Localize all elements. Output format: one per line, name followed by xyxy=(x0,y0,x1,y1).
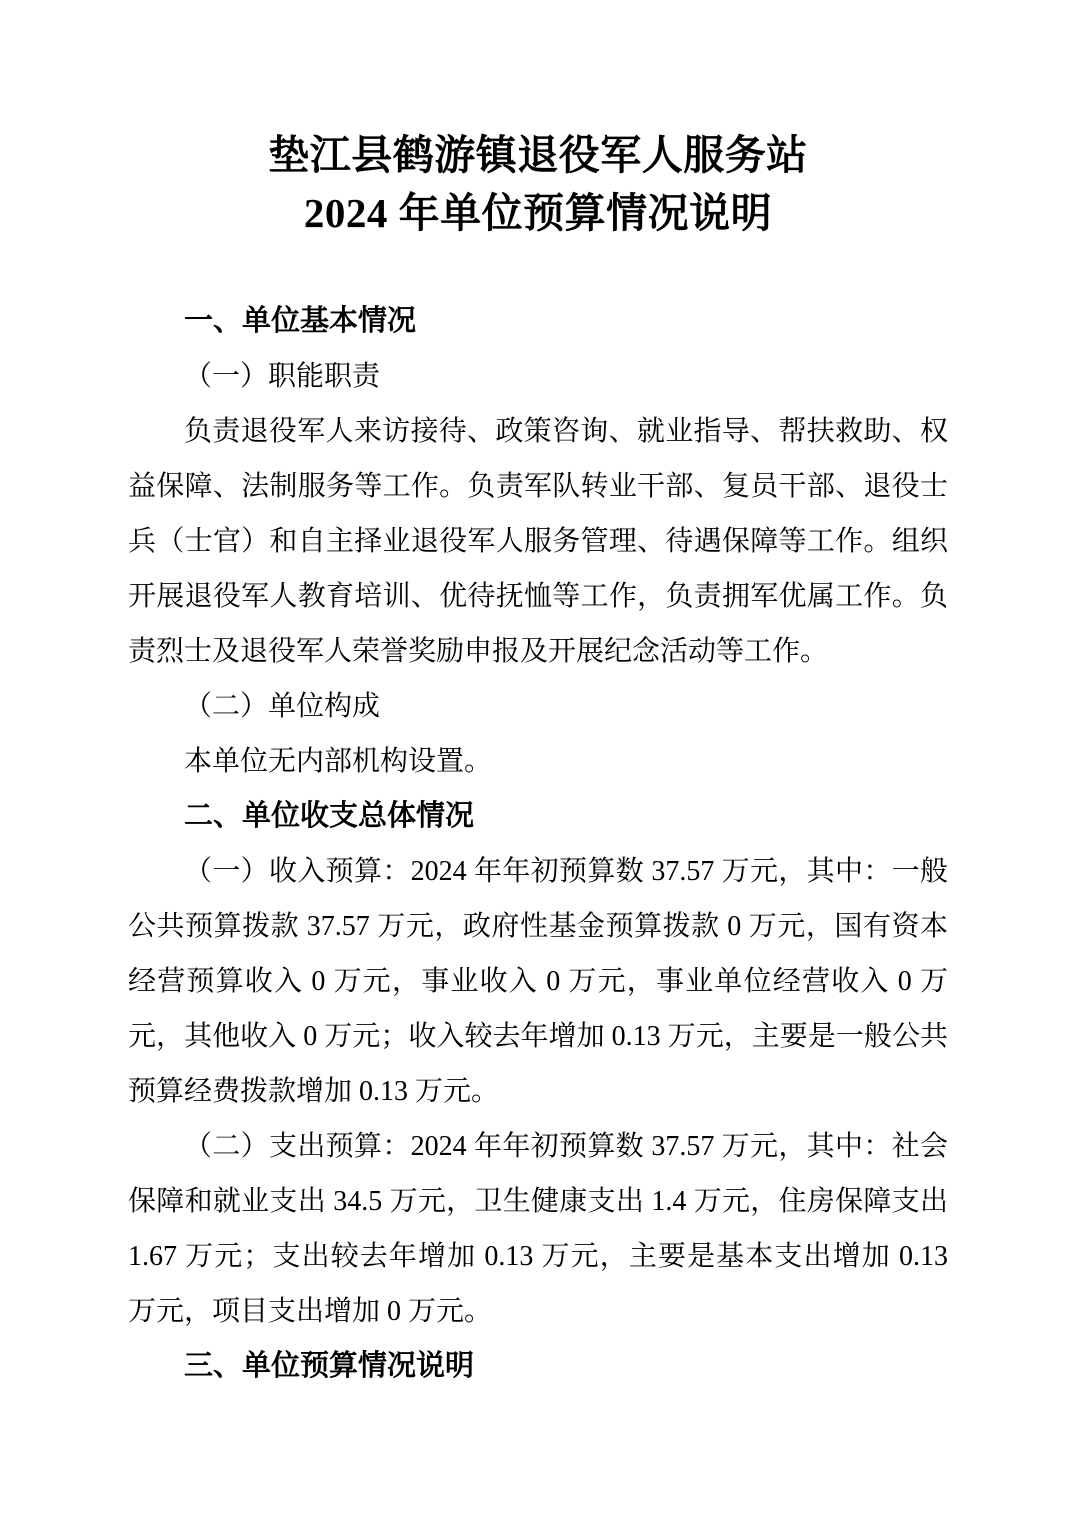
paragraph-expenditure-budget: （二）支出预算：2024 年年初预算数 37.57 万元，其中：社会保障和就业支… xyxy=(128,1119,948,1339)
subsection-heading-unit-composition: （二）单位构成 xyxy=(128,679,948,734)
section-heading-basic-info: 一、单位基本情况 xyxy=(128,294,948,349)
doc-title-line-2: 2024 年单位预算情况说明 xyxy=(128,184,948,242)
section-heading-revenue-expenditure-overview: 二、单位收支总体情况 xyxy=(128,789,948,844)
section-heading-budget-explanation: 三、单位预算情况说明 xyxy=(128,1339,948,1394)
doc-title-line-1: 垫江县鹤游镇退役军人服务站 xyxy=(128,126,948,184)
paragraph-duties: 负责退役军人来访接待、政策咨询、就业指导、帮扶救助、权益保障、法制服务等工作。负… xyxy=(128,404,948,679)
paragraph-income-budget: （一）收入预算：2024 年年初预算数 37.57 万元，其中：一般公共预算拨款… xyxy=(128,844,948,1119)
paragraph-unit-composition: 本单位无内部机构设置。 xyxy=(128,734,948,789)
doc-body: 一、单位基本情况 （一）职能职责 负责退役军人来访接待、政策咨询、就业指导、帮扶… xyxy=(128,294,948,1394)
doc-title: 垫江县鹤游镇退役军人服务站 2024 年单位预算情况说明 xyxy=(128,126,948,242)
subsection-heading-duties: （一）职能职责 xyxy=(128,349,948,404)
document-page: 垫江县鹤游镇退役军人服务站 2024 年单位预算情况说明 一、单位基本情况 （一… xyxy=(0,0,1074,1520)
